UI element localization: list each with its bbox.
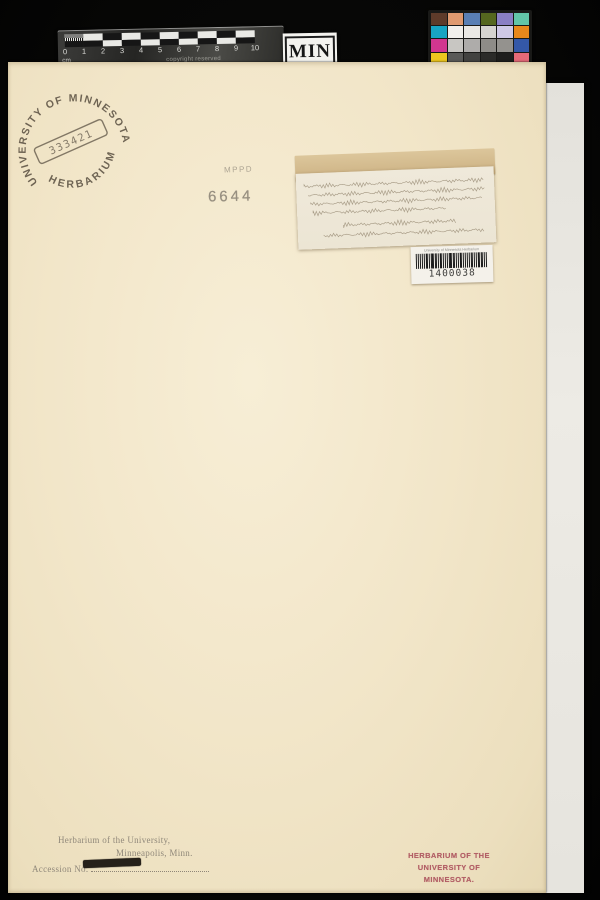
color-patch xyxy=(497,13,513,25)
color-patch xyxy=(497,39,513,51)
scale-tick-label: 5 xyxy=(158,45,162,54)
color-patch xyxy=(431,26,447,38)
scale-tick-label: 4 xyxy=(139,46,143,55)
scale-tick-label: 6 xyxy=(177,45,181,54)
scale-tick-label: 7 xyxy=(196,44,200,53)
handwriting-stroke xyxy=(304,177,483,190)
color-patch xyxy=(514,39,530,51)
color-patch xyxy=(481,39,497,51)
color-patch xyxy=(448,13,464,25)
stamp-arc-top-text: UNIVERSITY OF MINNESOTA xyxy=(8,74,134,189)
handwriting-stroke xyxy=(308,186,484,198)
color-patch xyxy=(464,39,480,51)
color-patch xyxy=(448,39,464,51)
collection-number-stamp: 6644 xyxy=(208,188,254,206)
scale-tick-label: 10 xyxy=(251,43,260,52)
handwriting-stroke xyxy=(311,195,482,207)
handwriting-stroke xyxy=(343,218,455,228)
barcode-label: University of Minnesota Herbarium 140003… xyxy=(411,245,494,284)
dept-stamp: MPPD xyxy=(224,164,253,174)
barcode-number: 1400038 xyxy=(411,267,493,280)
herbarium-sheet-photo: 012345678910 cm copyright reserved MIN U… xyxy=(0,0,600,900)
footer-herbarium-line: Herbarium of the University, xyxy=(58,835,170,845)
scale-tick-label: 1 xyxy=(82,47,86,56)
handwritten-text-lines xyxy=(296,166,497,250)
scale-tick-label: 3 xyxy=(120,46,124,55)
color-patch xyxy=(431,39,447,51)
color-patch xyxy=(514,13,530,25)
color-patch xyxy=(481,13,497,25)
color-patch xyxy=(464,26,480,38)
scale-tick-label: 2 xyxy=(101,46,105,55)
scale-tick-label: 9 xyxy=(234,44,238,53)
color-patch xyxy=(464,13,480,25)
scale-tick-label: 0 xyxy=(63,47,67,56)
ownership-stamp: HERBARIUM OF THE UNIVERSITY OF MINNESOTA… xyxy=(394,850,504,886)
svg-text:UNIVERSITY OF MINNESOTA: UNIVERSITY OF MINNESOTA xyxy=(8,74,134,189)
handwriting-stroke xyxy=(313,205,446,215)
color-patch xyxy=(514,26,530,38)
specimen-label xyxy=(296,166,497,250)
accession-prefix: Accession No. xyxy=(32,864,88,874)
scale-tick-label: 8 xyxy=(215,44,219,53)
color-patch xyxy=(448,26,464,38)
footer-city-line: Minneapolis, Minn. xyxy=(116,848,193,858)
ownership-stamp-line2: UNIVERSITY OF MINNESOTA. xyxy=(394,862,504,886)
university-round-stamp: UNIVERSITY OF MINNESOTA HERBARIUM 333421 xyxy=(8,62,167,238)
color-patch xyxy=(497,26,513,38)
herbarium-sheet: UNIVERSITY OF MINNESOTA HERBARIUM 333421… xyxy=(8,62,546,893)
ownership-stamp-line1: HERBARIUM OF THE xyxy=(394,850,504,862)
color-patch xyxy=(431,13,447,25)
barcode-icon xyxy=(416,252,488,269)
color-patch xyxy=(481,26,497,38)
underlying-sheet-edge xyxy=(544,83,584,893)
handwriting-stroke xyxy=(324,227,484,238)
